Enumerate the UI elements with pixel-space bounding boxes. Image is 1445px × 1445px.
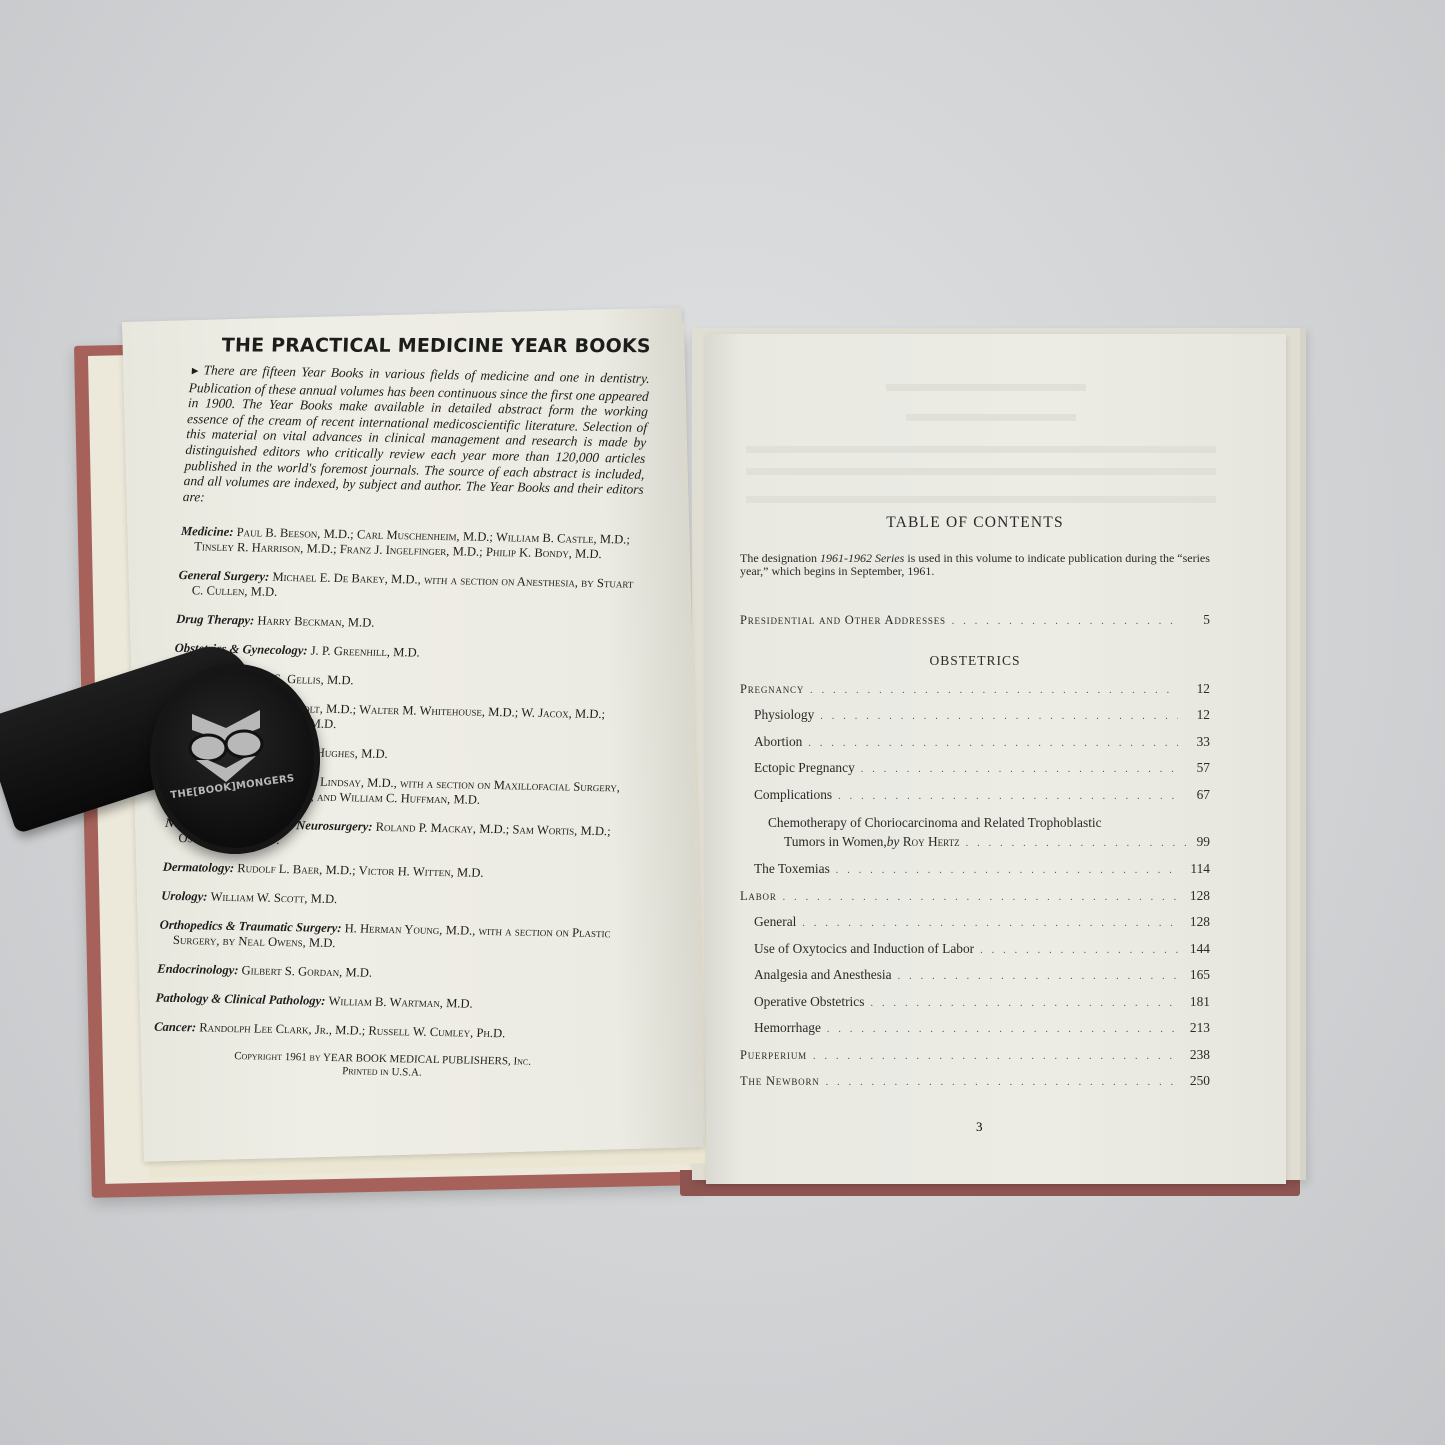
leader-dots: ........................................… (820, 711, 1178, 722)
bleed-through-line (746, 446, 1216, 453)
bleed-through-line (886, 384, 1086, 391)
right-page[interactable]: TABLE OF CONTENTS The designation 1961-1… (706, 334, 1286, 1184)
toc-entry[interactable]: Labor...................................… (740, 888, 1210, 915)
toc-entry[interactable]: Ectopic Pregnancy.......................… (740, 760, 1210, 787)
editor-entry: Pathology & Clinical Pathology: William … (155, 991, 616, 1015)
page-number: 3 (976, 1119, 983, 1135)
arrow-marker-icon: ► (189, 365, 201, 377)
leader-dots: ........................................… (813, 1051, 1178, 1062)
leader-dots: ........................................… (861, 764, 1178, 775)
toc-entry[interactable]: Physiology..............................… (740, 707, 1210, 734)
editor-entry: Obstetrics & Gynecology: J. P. Greenhill… (174, 641, 635, 665)
toc-entry[interactable]: Puerperium..............................… (740, 1047, 1210, 1074)
toc-entry[interactable]: Abortion................................… (740, 734, 1210, 761)
editor-entry: General Surgery: Michael E. De Bakey, M.… (177, 568, 639, 607)
editor-entry: Orthopedics & Traumatic Surgery: H. Herm… (158, 918, 620, 957)
leader-dots: ........................................… (980, 945, 1178, 956)
book-glasses-logo-icon (182, 702, 272, 786)
leader-dots: ........................................… (826, 1077, 1178, 1088)
intro-paragraph: ►There are fifteen Year Books in various… (182, 362, 650, 513)
toc-entries-a: Pregnancy...............................… (740, 681, 1210, 814)
toc-entry[interactable]: The Toxemias............................… (740, 861, 1210, 888)
editor-entry: Medicine: Paul B. Beeson, M.D.; Carl Mus… (180, 524, 642, 563)
toc-entry[interactable]: Presidential and Other Addresses .......… (740, 612, 1210, 639)
toc-entry[interactable]: General.................................… (740, 914, 1210, 941)
leader-dots: ........................................… (808, 738, 1178, 749)
leader-dots: ........................................… (810, 685, 1178, 696)
toc-entry[interactable]: Use of Oxytocics and Induction of Labor.… (740, 941, 1210, 968)
toc-entry[interactable]: Pregnancy...............................… (740, 681, 1210, 708)
leader-dots: .............................. (966, 834, 1191, 853)
editor-entry: Drug Therapy: Harry Beckman, M.D. (176, 612, 637, 636)
toc-entries-b: The Toxemias............................… (740, 861, 1210, 1100)
toc-note: The designation 1961-1962 Series is used… (740, 552, 1210, 578)
toc-entry-multiline[interactable]: Chemotherapy of Choriocarcinoma and Rela… (740, 813, 1210, 853)
toc-entry[interactable]: Analgesia and Anesthesia................… (740, 967, 1210, 994)
leader-dots: ........................................… (783, 892, 1178, 903)
bleed-through-line (746, 496, 1216, 503)
editor-entry: Dermatology: Rudolf L. Baer, M.D.; Victo… (162, 860, 623, 884)
bleed-through-line (906, 414, 1076, 421)
editor-entry: Urology: William W. Scott, M.D. (161, 889, 622, 913)
toc-entry[interactable]: Operative Obstetrics....................… (740, 994, 1210, 1021)
leader-dots: ........................................… (827, 1024, 1178, 1035)
toc-section-heading: OBSTETRICS (740, 653, 1210, 669)
copyright: Copyright 1961 by YEAR BOOK MEDICAL PUBL… (152, 1049, 613, 1084)
toc-entry[interactable]: Complications...........................… (740, 787, 1210, 814)
page-title: THE PRACTICAL MEDICINE YEAR BOOKS (221, 334, 652, 357)
editor-entry: Endocrinology: Gilbert S. Gordan, M.D. (157, 962, 618, 986)
leader-dots: ........................................… (838, 791, 1178, 802)
leader-dots: ........................................… (836, 865, 1178, 876)
editor-entry: Cancer: Randolph Lee Clark, Jr., M.D.; R… (154, 1020, 615, 1044)
toc-entry[interactable]: The Newborn.............................… (740, 1073, 1210, 1100)
toc-entry[interactable]: Hemorrhage..............................… (740, 1020, 1210, 1047)
leader-dots: ........................................… (802, 918, 1178, 929)
leader-dots: ........................................… (898, 971, 1178, 982)
table-of-contents: TABLE OF CONTENTS The designation 1961-1… (740, 514, 1210, 1100)
toc-title: TABLE OF CONTENTS (740, 514, 1210, 532)
leader-dots: ........................................… (952, 616, 1178, 627)
leader-dots: ........................................… (870, 998, 1178, 1009)
bleed-through-line (746, 468, 1216, 475)
bookmark[interactable]: THE[BOOK]MONGERS (150, 664, 320, 854)
